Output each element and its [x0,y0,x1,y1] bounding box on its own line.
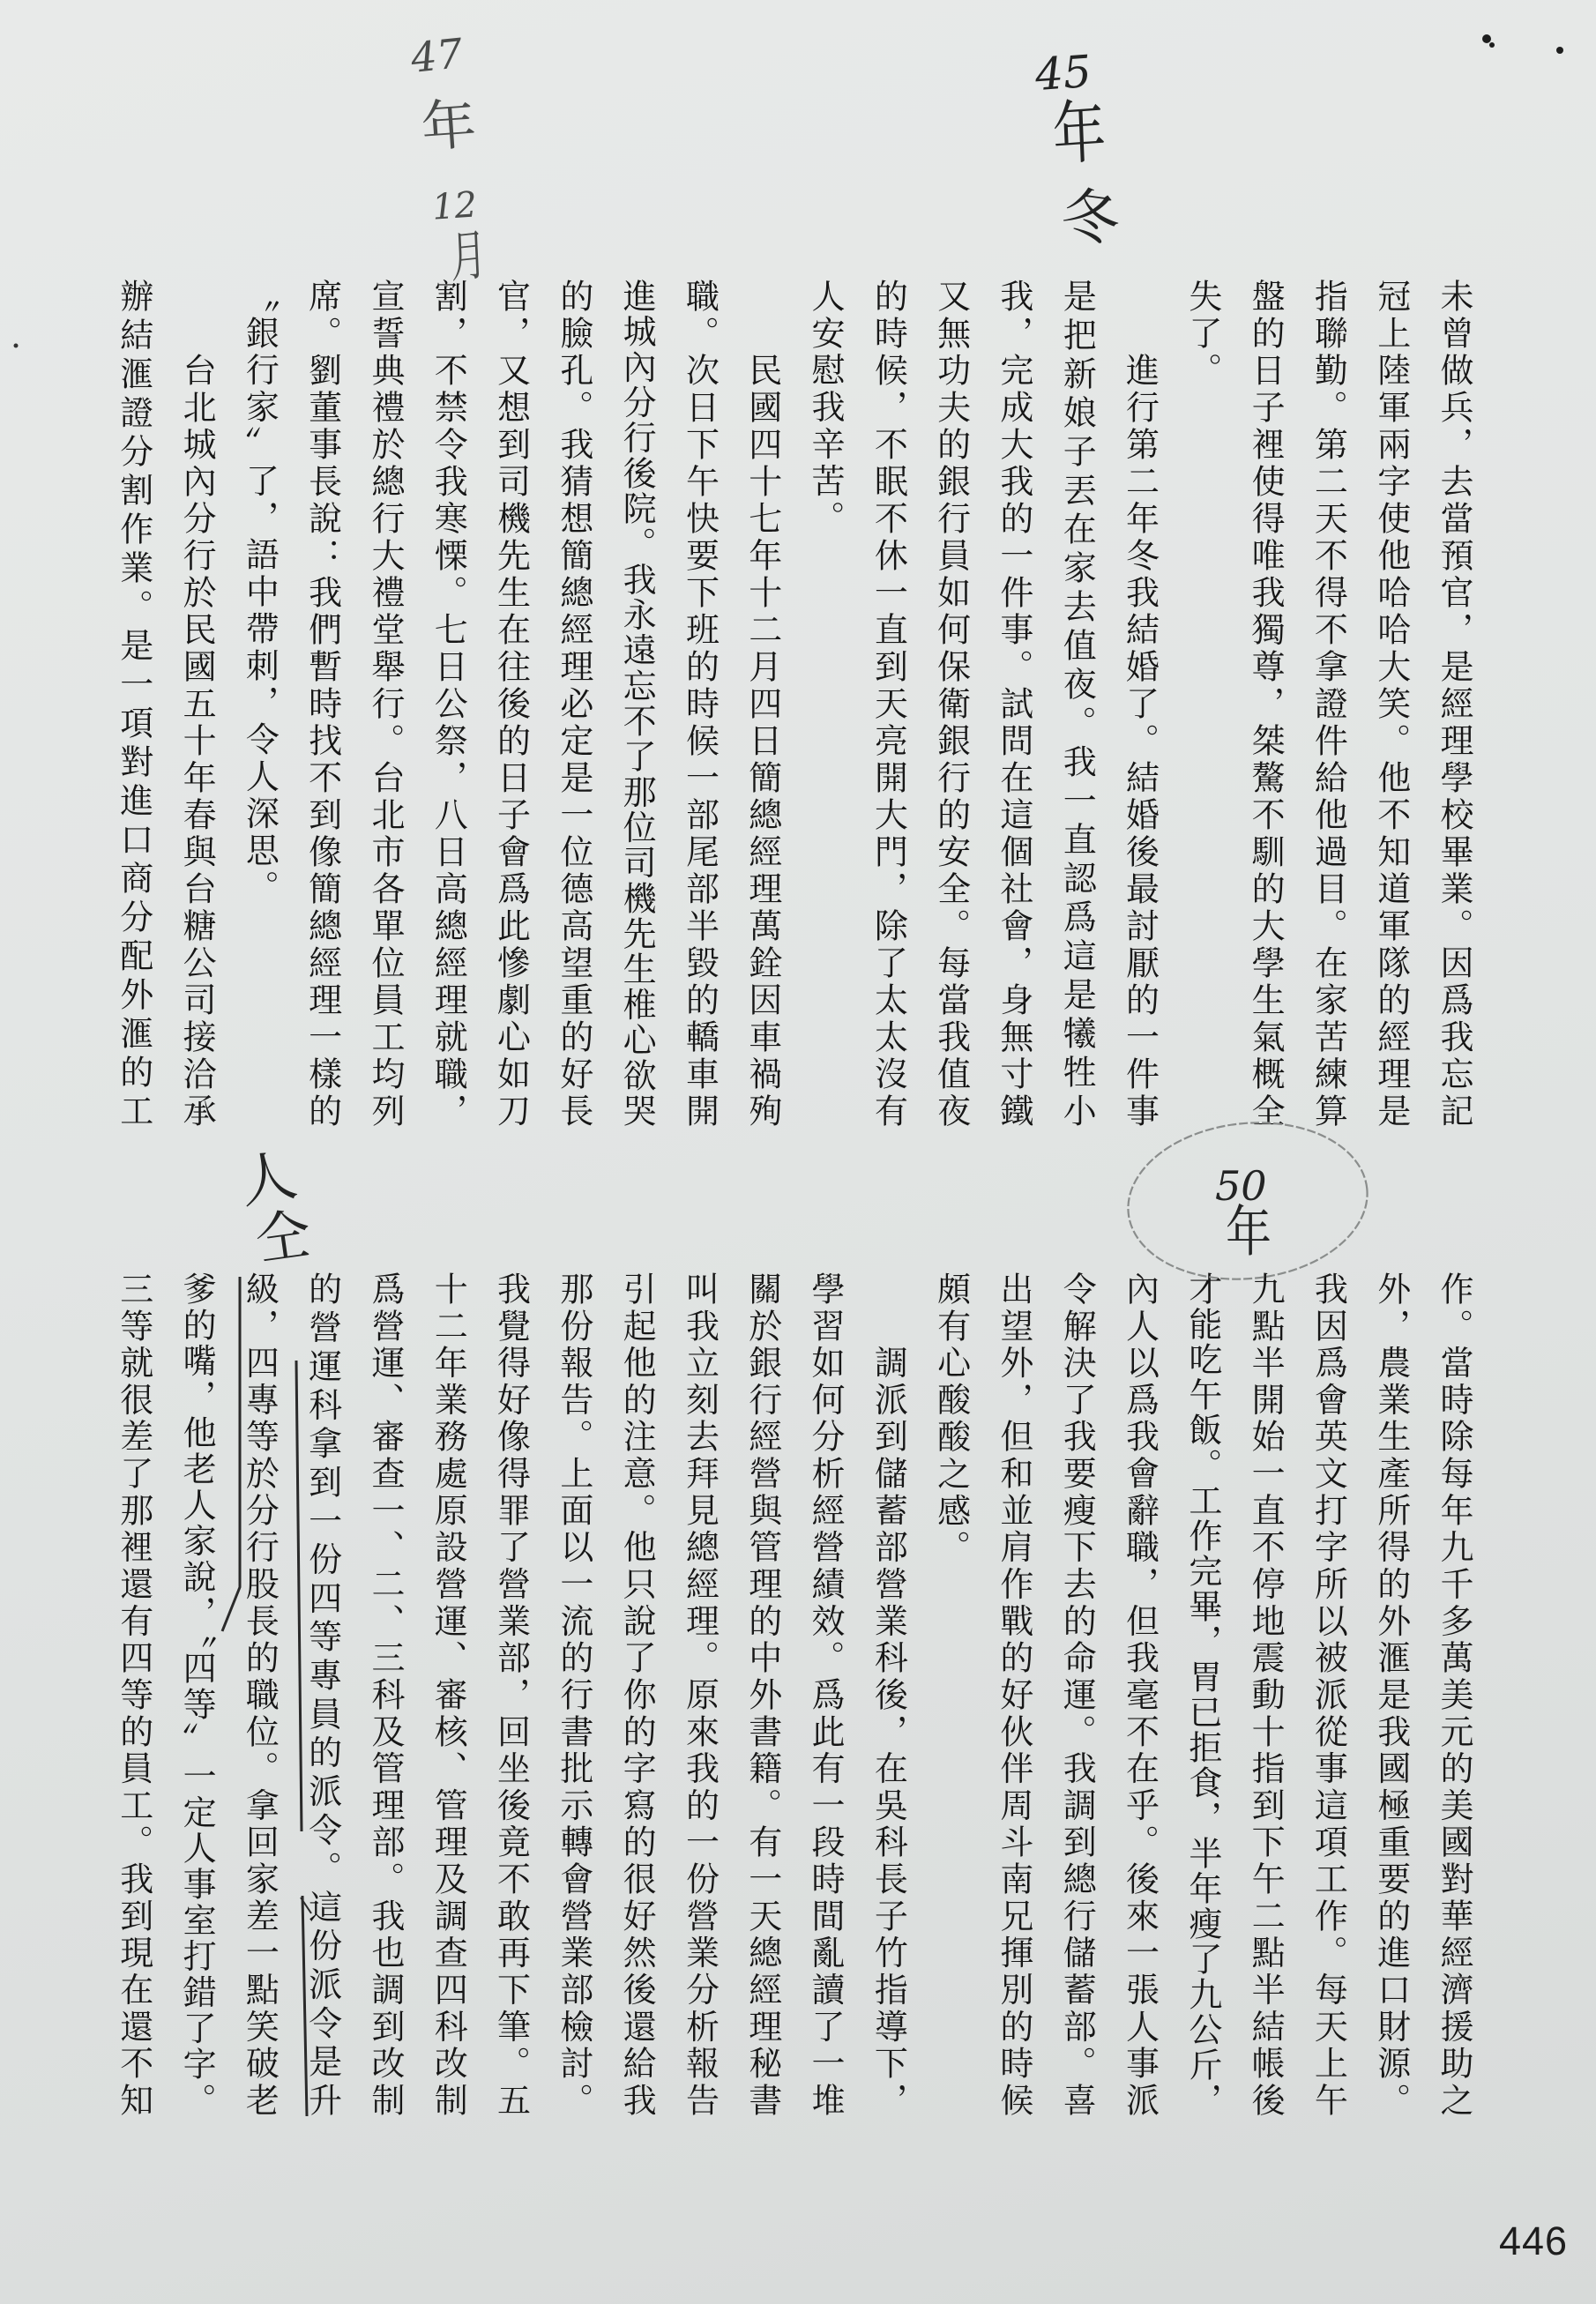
text-column: 席。劉董事長說：我們暫時找不到像簡總經理一樣的 [290,279,353,1127]
speck [1489,42,1495,48]
text-column: 的時候，不眠不休一直到天亮開大門，除了太太沒有 [856,279,919,1127]
text-column: 令解決了我要瘦下去的命運。我調到總行儲蓄部。喜 [1045,1271,1108,2116]
text-column: 〝銀行家〞了，語中帶刺，令人深思。 [227,279,290,1127]
speck [1556,47,1563,54]
text-column: 進城內分行後院。我永遠忘不了那位司機先生椎心欲哭 [605,279,667,1127]
handwritten-note-part: 年 [1226,1205,1272,1260]
text-column: 那份報告。上面以一流的行書批示轉會營業部檢討。 [542,1271,605,2116]
text-column: 九點半開始一直不停地震動十指到下午二點半結帳後 [1234,1271,1296,2116]
speck [1482,34,1491,43]
handwritten-note-part: 47 [409,33,465,78]
text-column: 台北城內分行於民國五十年春與台糖公司接洽承 [165,279,227,1127]
text-column: 內人以爲我會辭職，但我毫不在乎。後來一張人事派 [1108,1271,1170,2116]
text-column: 進行第二年冬我結婚了。結婚後最討厭的一件事 [1108,279,1170,1127]
text-column: 三等就很差了那裡還有四等的員工。我到現在還不知 [101,1271,164,2116]
text-column: 官，又想到司機先生在往後的日子會爲此慘劇心如刀 [479,279,541,1127]
handwritten-note-part: 年 [1051,98,1107,170]
handwritten-note-part: 仝 [252,1206,314,1268]
text-column: 我覺得好像得罪了營業部，回坐後竟不敢再下筆。五 [479,1271,541,2116]
text-column: 調派到儲蓄部營業科後，在吳科長子竹指導下， [856,1271,919,2116]
text-column: 人安慰我辛苦。 [794,279,856,1127]
text-column: 叫我立刻去拜見總經理。原來我的一份營業分析報告 [667,1271,730,2116]
text-column: 爲營運、審查一、二、三科及管理部。我也調到改制 [354,1271,416,2116]
text-column: 引起他的注意。他只說了你的字寫的很好然後還給我 [605,1271,667,2116]
speck [14,344,19,348]
text-column: 職。次日下午快要下班的時候一部尾部半毀的轎車開 [667,279,730,1127]
page-number: 446 [1499,2218,1568,2264]
scanned-page: 未曾做兵，去當預官，是經理學校畢業。因爲我忘記 冠上陸軍兩字使他哈哈大笑。他不知… [0,0,1596,2304]
text-column: 外，農業生產所得的外滙是我國極重要的進口財源。 [1359,1271,1421,2116]
text-column: 割，不禁令我寒慄。七日公祭，八日高總經理就職， [416,279,479,1127]
text-column: 才能吃午飯。工作完畢，胃已拒食，半年瘦了九公斤， [1171,1271,1234,2116]
text-column: 冠上陸軍兩字使他哈哈大笑。他不知道軍隊的經理是 [1359,279,1421,1127]
text-column: 頗有心酸酸之感。 [919,1271,981,2116]
text-column: 民國四十七年十二月四日簡總經理萬銓因車禍殉 [730,279,793,1127]
text-column: 我，完成大我的一件事。試問在這個社會，身無寸鐵 [982,279,1045,1127]
text-column: 的臉孔。我猜想簡總經理必定是一位德高望重的好長 [542,279,605,1127]
text-column: 未曾做兵，去當預官，是經理學校畢業。因爲我忘記 [1422,279,1485,1127]
handwritten-note-part: 月 [449,227,487,286]
lower-text-block: 作。當時除每年九千多萬美元的美國對華經濟援助之 外，農業生產所得的外滙是我國極重… [101,1271,1485,2116]
text-column: 又無功夫的銀行員如何保衛銀行的安全。每當我值夜 [919,279,981,1127]
text-column: 學習如何分析經營績效。爲此有一段時間亂讀了一堆 [794,1271,856,2116]
text-column: 出望外，但和並肩作戰的好伙伴周斗南兄揮別的時候 [982,1271,1045,2116]
text-column: 十二年業務處原設營運、審核、管理及調查四科改制 [416,1271,479,2116]
upper-text-block: 未曾做兵，去當預官，是經理學校畢業。因爲我忘記 冠上陸軍兩字使他哈哈大笑。他不知… [101,279,1485,1127]
text-column: 級，四專等於分行股長的職位。拿回家差一點笑破老 [227,1271,290,2116]
text-column: 作。當時除每年九千多萬美元的美國對華經濟援助之 [1422,1271,1485,2116]
handwritten-note-part: 45 [1033,49,1093,97]
text-column: 盤的日子裡使得唯我獨尊，桀驁不馴的大學生氣概全 [1234,279,1296,1127]
text-column: 指聯勤。第二天不得不拿證件給他過目。在家苦練算 [1296,279,1359,1127]
text-column: 是把新娘子丟在家去值夜。我一直認爲這是犧牲小 [1045,279,1108,1127]
text-column: 爹的嘴，他老人家說，〝四等〞一定人事室打錯了字。 [165,1271,227,2116]
text-column: 辦結滙證分割作業。是一項對進口商分配外滙的工 [101,279,164,1127]
text-column: 失了。 [1171,279,1234,1127]
text-column: 我因爲會英文打字所以被派從事這項工作。每天上午 [1296,1271,1359,2116]
handwritten-note-part: 年 [420,97,478,155]
text-column: 的營運科拿到一份四等專員的派令。這份派令是升 [290,1271,353,2116]
text-column: 宣誓典禮於總行大禮堂舉行。台北市各單位員工均列 [354,279,416,1127]
handwritten-note-part: 冬 [1058,185,1124,251]
text-column: 關於銀行經營與管理的中外書籍。有一天總經理秘書 [730,1271,793,2116]
handwritten-note-part: 12 [431,187,479,225]
